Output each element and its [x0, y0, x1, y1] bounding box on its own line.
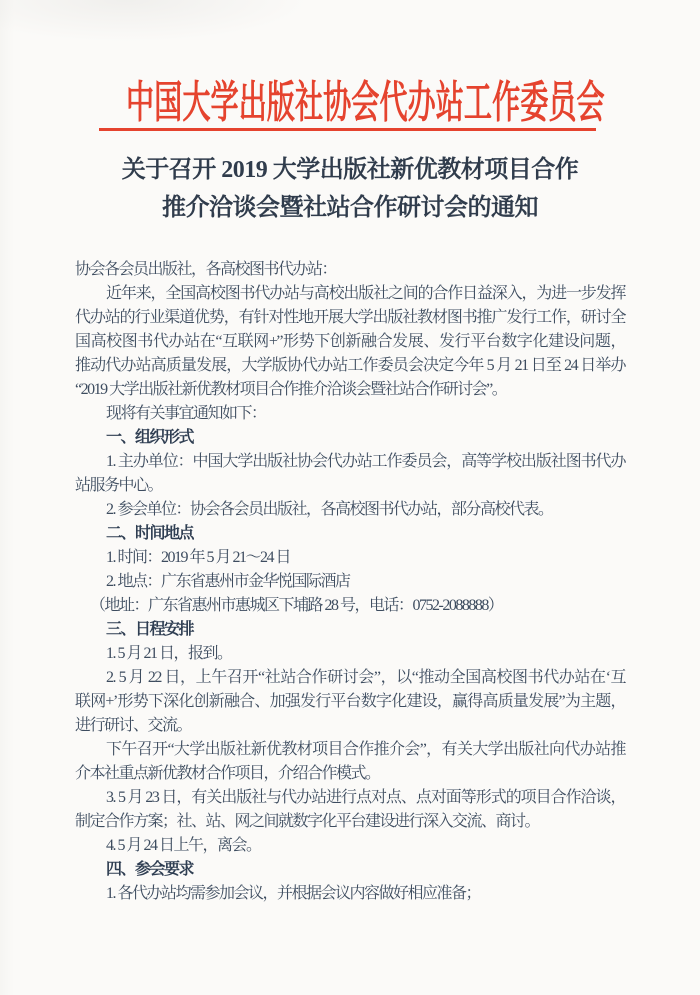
section-heading: 四、参会要求 — [75, 858, 625, 882]
body-line: 2. 5 月 22 日，上午召开“社站合作研讨会”，以“推动全国高校图书代办站在… — [75, 666, 625, 690]
letterhead-rule — [99, 128, 596, 131]
body-line: 站服务中心。 — [75, 474, 625, 498]
body-line: 1. 5 月 21 日，报到。 — [75, 642, 625, 666]
body-line: 代办站的行业渠道优势，有针对性地开展大学出版社教材图书推广发行工作，研讨全 — [75, 306, 625, 330]
body-line: 进行研讨、交流。 — [75, 714, 625, 738]
body-line: 联网+’形势下深化创新融合、加强发行平台数字化建设，赢得高质量发展”为主题， — [75, 690, 625, 714]
section-heading: 二、时间地点 — [75, 522, 625, 546]
scanned-notice-page: 中国大学出版社协会代办站工作委员会 关于召开 2019 大学出版社新优教材项目合… — [0, 0, 700, 995]
body-line: 协会各会员出版社，各高校图书代办站： — [75, 258, 625, 282]
body-line: 近年来，全国高校图书代办站与高校出版社之间的合作日益深入，为进一步发挥 — [75, 282, 625, 306]
body-line: 制定合作方案；社、站、网之间就数字化平台建设进行深入交流、商讨。 — [75, 810, 625, 834]
body-line: 1. 各代办站均需参加会议，并根据会议内容做好相应准备； — [75, 882, 625, 906]
body-line: 3. 5 月 23 日，有关出版社与代办站进行点对点、点对面等形式的项目合作洽谈… — [75, 786, 625, 810]
body-line: “2019 大学出版社新优教材项目合作推介洽谈会暨社站合作研讨会”。 — [75, 378, 625, 402]
body-line: 4. 5 月 24 日上午，离会。 — [75, 834, 625, 858]
notice-title-line2: 推介洽谈会暨社站合作研讨会的通知 — [0, 189, 700, 227]
section-heading: 三、日程安排 — [75, 618, 625, 642]
body-line: 推动代办站高质量发展，大学版协代办站工作委员会决定今年 5 月 21 日至 24… — [75, 354, 625, 378]
body-line: 1. 时间：2019 年 5 月 21～24 日 — [75, 546, 625, 570]
notice-body: 协会各会员出版社，各高校图书代办站：近年来，全国高校图书代办站与高校出版社之间的… — [75, 258, 625, 906]
body-line: 2. 参会单位：协会各会员出版社，各高校图书代办站，部分高校代表。 — [75, 498, 625, 522]
body-line: 2. 地点：广东省惠州市金华悦国际酒店 — [75, 570, 625, 594]
body-line: 现将有关事宜通知如下： — [75, 402, 625, 426]
notice-title-line1: 关于召开 2019 大学出版社新优教材项目合作 — [0, 151, 700, 189]
body-line: 国高校图书代办站在“互联网+”形势下创新融合发展、发行平台数字化建设问题， — [75, 330, 625, 354]
section-heading: 一、组织形式 — [75, 426, 625, 450]
body-line: 介本社重点新优教材合作项目，介绍合作模式。 — [75, 762, 625, 786]
body-line: （地址：广东省惠州市惠城区下埔路 28 号，电话：0752-2088888） — [75, 594, 625, 618]
notice-title: 关于召开 2019 大学出版社新优教材项目合作 推介洽谈会暨社站合作研讨会的通知 — [0, 151, 700, 227]
letterhead-org-name: 中国大学出版社协会代办站工作委员会 — [126, 80, 574, 126]
body-line: 下午召开“大学出版社新优教材项目合作推介会”，有关大学出版社向代办站推 — [75, 738, 625, 762]
body-line: 1. 主办单位：中国大学出版社协会代办站工作委员会，高等学校出版社图书代办 — [75, 450, 625, 474]
